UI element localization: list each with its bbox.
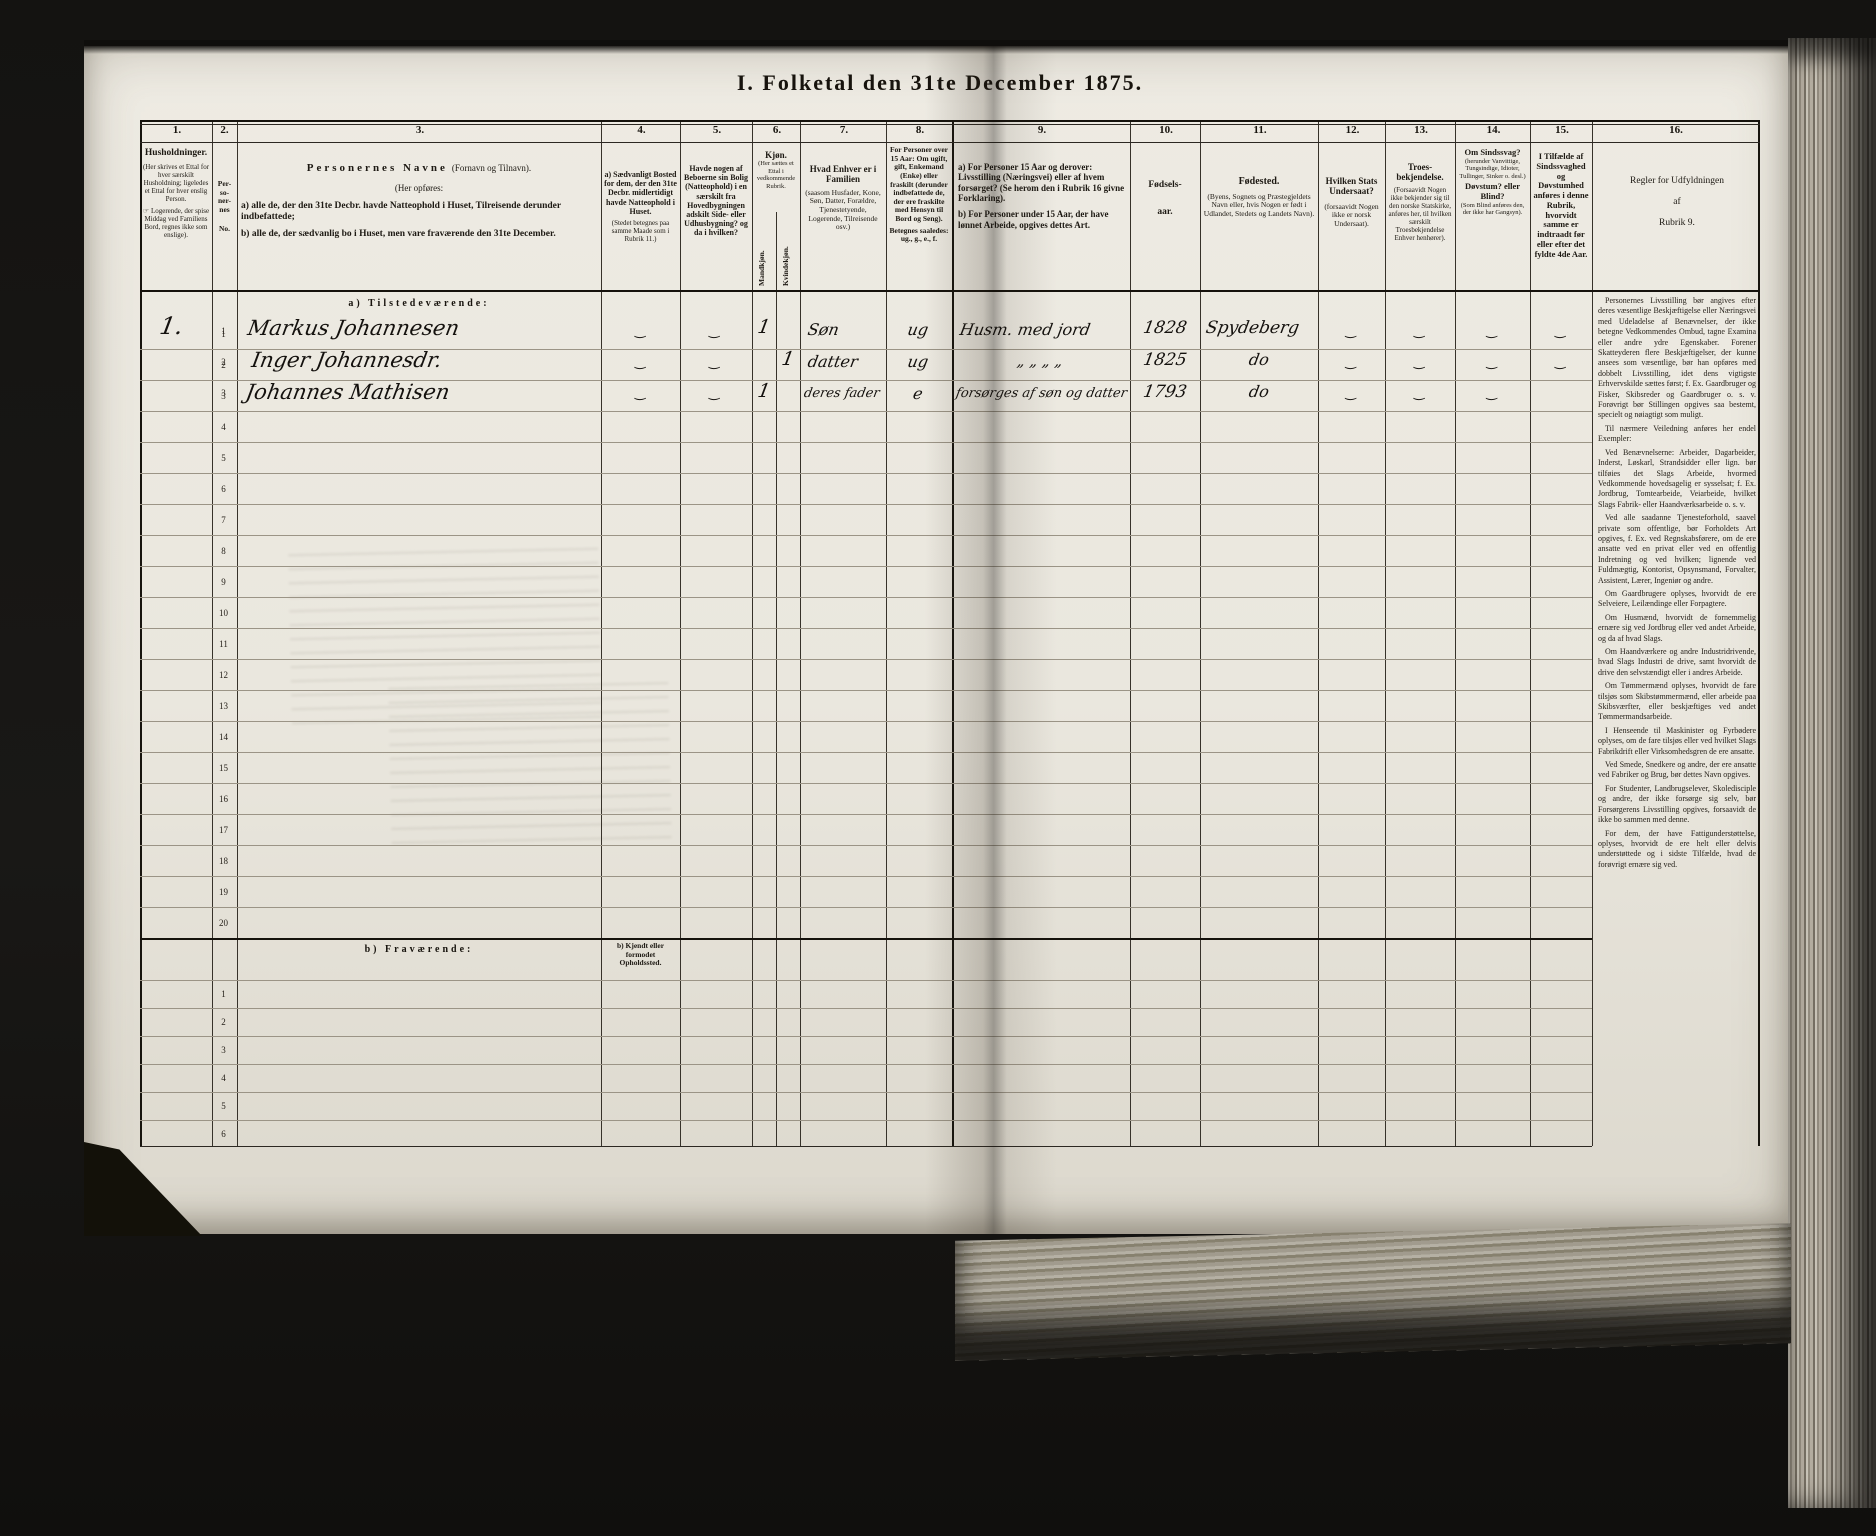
rules-paragraph: For dem, der have Fattigunderstøttelse, … (1598, 829, 1756, 871)
row-line (140, 473, 1592, 474)
row-line (140, 1120, 1592, 1121)
row-line (140, 566, 1592, 567)
row-number: 20 (212, 918, 235, 928)
header-family-position: Hvad Enhver er i Familien (saasom Husfad… (803, 164, 883, 232)
header-disability-note1: (herunder Vanvittige, Tungsindige, Idiot… (1458, 158, 1527, 180)
row-number: 11 (212, 639, 235, 649)
entry-female-mark: 1 (774, 348, 802, 370)
header-usual-residence-note: (Stedet betegnes paa samme Maade som i R… (604, 219, 677, 243)
column-divider (680, 120, 681, 1146)
table-border-right (1758, 120, 1760, 1146)
header-birth-year-line2: aar. (1132, 207, 1198, 218)
header-person-no-label: No. (212, 225, 237, 234)
section-a-label: a) Tilstedeværende: (241, 298, 597, 309)
rules-paragraph: Ved Smede, Snedkere og andre, der ere an… (1598, 760, 1756, 781)
entry-name: Markus Johannesen (246, 316, 461, 340)
rules-paragraph: Personernes Livsstilling bør angives eft… (1598, 296, 1756, 421)
header-rules-line2: af (1596, 197, 1758, 208)
column-number: 10. (1132, 124, 1200, 136)
column-divider (601, 120, 602, 1146)
header-names-sub: (Her opføres: (241, 183, 597, 193)
entry-citizenship: ‿ (1319, 386, 1385, 401)
header-names: Personernes Navne (Fornavn og Tilnavn). … (241, 158, 597, 240)
entry-male-mark: 1 (750, 316, 778, 338)
rules-paragraph: Om Haandværkere og andre Industridrivend… (1598, 647, 1756, 678)
header-sex-female: Kvindekjøn. (781, 220, 790, 286)
row-number: 15 (212, 763, 235, 773)
column-number: 7. (802, 124, 886, 136)
column-number: 13. (1387, 124, 1455, 136)
table-border-bottom (140, 1146, 1592, 1147)
row-line (140, 1092, 1592, 1093)
entry-outbuilding: ‿ (685, 324, 746, 339)
column-divider (752, 120, 753, 1146)
header-birthplace-title: Fødested. (1203, 176, 1315, 188)
row-line (140, 980, 1592, 981)
row-line (140, 1008, 1592, 1009)
bleed-through-smudge (388, 677, 671, 853)
column-number: 2. (212, 124, 237, 136)
column-number: 1. (142, 124, 212, 136)
row-number: 16 (212, 794, 235, 804)
entry-household-number: 1. (158, 312, 186, 340)
row-number: 1 (212, 329, 235, 339)
rules-paragraph: Ved Benævnelserne: Arbeider, Dagarbeider… (1598, 448, 1756, 510)
entry-birth-year: 1825 (1130, 350, 1200, 370)
header-rules-line3: Rubrik 9. (1596, 218, 1758, 229)
header-creed-note: (Forsaavidt Nogen ikke bekjender sig til… (1388, 186, 1452, 242)
header-outbuilding: Havde nogen af Beboerne sin Bolig (Natte… (683, 164, 749, 238)
header-usual-residence: a) Sædvanligt Bosted for dem, der den 31… (604, 170, 677, 243)
rules-paragraph: Om Husmænd, hvorvidt de fornemmelig ernæ… (1598, 613, 1756, 644)
row-number: 5 (212, 1101, 235, 1111)
column-number: 14. (1457, 124, 1530, 136)
rules-paragraph: Ved alle saadanne Tjenesteforhold, saave… (1598, 513, 1756, 586)
entry-name: Johannes Mathisen (244, 380, 452, 404)
row-number: 6 (212, 1129, 235, 1139)
header-sex: Kjøn. (Her sættes et Ettal i vedkommende… (753, 150, 799, 190)
row-number: 5 (212, 453, 235, 463)
row-line (140, 876, 1592, 877)
row-line (140, 411, 1592, 412)
header-birth-year: Fødsels- aar. (1132, 180, 1198, 218)
row-line (140, 1036, 1592, 1037)
row-line (140, 380, 1592, 381)
row-line (140, 690, 1592, 691)
entry-name: Inger Johannesdr. (250, 348, 444, 372)
page-stack-bottom-edge (955, 1223, 1791, 1361)
header-person-no-line: nes (212, 206, 237, 215)
header-birthplace: Fødested. (Byens, Sognets og Præstegjeld… (1203, 176, 1315, 218)
row-number: 1 (212, 989, 235, 999)
header-birthplace-note: (Byens, Sognets og Præstegjeldets Navn e… (1203, 193, 1315, 219)
row-number: 4 (212, 1073, 235, 1083)
header-households: Husholdninger. (Her skrives et Ettal for… (142, 148, 210, 239)
header-names-title-main: Personernes Navne (307, 162, 448, 174)
column-divider (1318, 120, 1319, 1146)
header-households-body: (Her skrives et Ettal for hver særskilt … (142, 163, 210, 203)
row-line (140, 349, 1592, 350)
header-sex-male: Mandkjøn. (757, 220, 766, 286)
table-border-left (140, 120, 142, 1146)
entry-birth-year: 1793 (1130, 382, 1200, 402)
entry-family-position: Søn (806, 320, 840, 339)
column-number: 5. (682, 124, 752, 136)
row-line (140, 845, 1592, 846)
column-number: 16. (1594, 124, 1758, 136)
row-line (140, 504, 1592, 505)
header-disability-title2: Døvstum? eller Blind? (1458, 182, 1527, 202)
entry-outbuilding: ‿ (685, 386, 746, 401)
row-number: 7 (212, 515, 235, 525)
entry-usual-residence: ‿ (609, 386, 674, 401)
header-households-note: ☞ Logerende, der spise Middag ved Famili… (142, 207, 210, 239)
entry-family-position: deres fader (803, 386, 881, 401)
header-family-position-note: (saasom Husfader, Kone, Søn, Datter, For… (803, 189, 883, 232)
rules-paragraph: Om Tømmermænd oplyses, hvorvidt de fare … (1598, 681, 1756, 723)
header-citizenship: Hvilken Stats Undersaat? (forsaavidt Nog… (1321, 176, 1382, 229)
row-number: 10 (212, 608, 235, 618)
header-names-item-b: b) alle de, der sædvanlig bo i Huset, me… (241, 229, 597, 240)
row-line (140, 597, 1592, 598)
column-divider (886, 120, 887, 1146)
header-person-no: Per- so- ner- nes No. (212, 180, 237, 233)
column-number: 3. (239, 124, 601, 136)
entry-birthplace: Spydeberg (1204, 318, 1301, 338)
column-number: 15. (1532, 124, 1592, 136)
header-citizenship-title: Hvilken Stats Undersaat? (1321, 176, 1382, 197)
header-disability-note2: (Som Blind anføres den, der ikke har Gan… (1458, 202, 1527, 217)
row-number: 8 (212, 546, 235, 556)
entry-creed: ‿ (1386, 355, 1455, 370)
entry-birth-year: 1828 (1130, 318, 1200, 338)
entry-disability: ‿ (1456, 324, 1530, 339)
entry-usual-residence: ‿ (609, 324, 674, 339)
entry-citizenship: ‿ (1319, 355, 1385, 370)
column-divider (800, 120, 801, 1146)
row-line (140, 814, 1592, 815)
rules-paragraph: For Studenter, Landbrugselever, Skoledis… (1598, 784, 1756, 826)
header-names-title-paren: (Fornavn og Tilnavn). (452, 163, 531, 173)
header-birth-year-line1: Fødsels- (1132, 180, 1198, 191)
column-divider (1130, 120, 1131, 1146)
header-names-title: Personernes Navne (Fornavn og Tilnavn). (241, 158, 597, 176)
row-number: 4 (212, 422, 235, 432)
entry-disability: ‿ (1456, 355, 1530, 370)
row-number: 9 (212, 577, 235, 587)
entry-citizenship: ‿ (1319, 324, 1385, 339)
row-number: 2 (212, 360, 235, 370)
entry-outbuilding: ‿ (685, 355, 746, 370)
census-scan: I. Folketal den 31te December 1875. Hush… (0, 0, 1876, 1536)
rules-paragraph: I Henseende til Maskinister og Fyrbødere… (1598, 726, 1756, 757)
entry-creed: ‿ (1386, 324, 1455, 339)
row-line (140, 659, 1592, 660)
rules-paragraph: Om Gaardbrugere oplyses, hvorvidt de ere… (1598, 589, 1756, 610)
header-households-title: Husholdninger. (142, 148, 210, 159)
rules-text-column: Personernes Livsstilling bør angives eft… (1598, 296, 1756, 1144)
header-usual-residence-text: a) Sædvanligt Bosted for dem, der den 31… (604, 170, 677, 216)
header-creed: Troes­bekjendelse. (Forsaavidt Nogen ikk… (1388, 162, 1452, 242)
row-number: 17 (212, 825, 235, 835)
entry-onset: ‿ (1531, 355, 1592, 370)
rules-paragraph: Til nærmere Veiledning anføres her endel… (1598, 424, 1756, 445)
header-family-position-title: Hvad Enhver er i Familien (803, 164, 883, 185)
row-line (140, 1064, 1592, 1065)
entry-disability: ‿ (1456, 386, 1530, 401)
entry-usual-residence: ‿ (609, 355, 674, 370)
row-line (140, 442, 1592, 443)
column-divider (1200, 120, 1201, 1146)
header-rules: Regler for Udfyldningen af Rubrik 9. (1596, 176, 1758, 229)
header-sex-note: (Her sættes et Ettal i vedkommende Rubri… (753, 160, 799, 190)
entry-birthplace: do (1202, 350, 1315, 369)
header-names-item-a: a) alle de, der den 31te Decbr. havde Na… (241, 201, 597, 223)
column-number: 11. (1202, 124, 1318, 136)
entry-male-mark: 1 (750, 380, 778, 402)
header-citizenship-note: (forsaavidt Nogen ikke er norsk Undersaa… (1321, 203, 1382, 229)
column-divider (1385, 120, 1386, 1146)
row-number: 3 (212, 391, 235, 401)
section-b-label: b) Fraværende: (241, 944, 597, 955)
entry-onset: ‿ (1531, 324, 1592, 339)
entry-birthplace: do (1202, 382, 1315, 401)
header-disability-title1: Om Sindssvag? (1458, 148, 1527, 158)
row-line (140, 907, 1592, 908)
row-line (140, 721, 1592, 722)
section-b-divider (140, 938, 1592, 940)
header-sex-title: Kjøn. (753, 150, 799, 160)
row-number: 2 (212, 1017, 235, 1027)
row-line (140, 628, 1592, 629)
row-number: 18 (212, 856, 235, 866)
column-divider (1530, 120, 1531, 1146)
column-divider (1592, 120, 1593, 1146)
row-number: 13 (212, 701, 235, 711)
column-divider (1455, 120, 1456, 1146)
header-creed-title: Troes­bekjendelse. (1388, 162, 1452, 183)
page-stack-right-edge (1788, 38, 1876, 1508)
header-disability: Om Sindssvag? (herunder Vanvittige, Tung… (1458, 148, 1527, 217)
row-number: 12 (212, 670, 235, 680)
column-number: 12. (1320, 124, 1385, 136)
row-number: 6 (212, 484, 235, 494)
header-rules-line1: Regler for Udfyldningen (1596, 176, 1758, 187)
row-line (140, 535, 1592, 536)
row-number: 3 (212, 1045, 235, 1055)
row-line (140, 752, 1592, 753)
entry-family-position: datter (806, 352, 859, 371)
entry-creed: ‿ (1386, 386, 1455, 401)
column-number: 6. (754, 124, 800, 136)
row-number: 19 (212, 887, 235, 897)
header-onset: I Tilfælde af Sindssvaghed og Døvstumhed… (1533, 152, 1589, 259)
column-number: 4. (603, 124, 680, 136)
row-line (140, 783, 1592, 784)
section-b-note: b) Kjendt eller formodet Opholdssted. (604, 942, 677, 968)
row-number: 14 (212, 732, 235, 742)
column-divider (237, 120, 238, 1146)
book-gutter-shadow (925, 46, 1057, 1234)
